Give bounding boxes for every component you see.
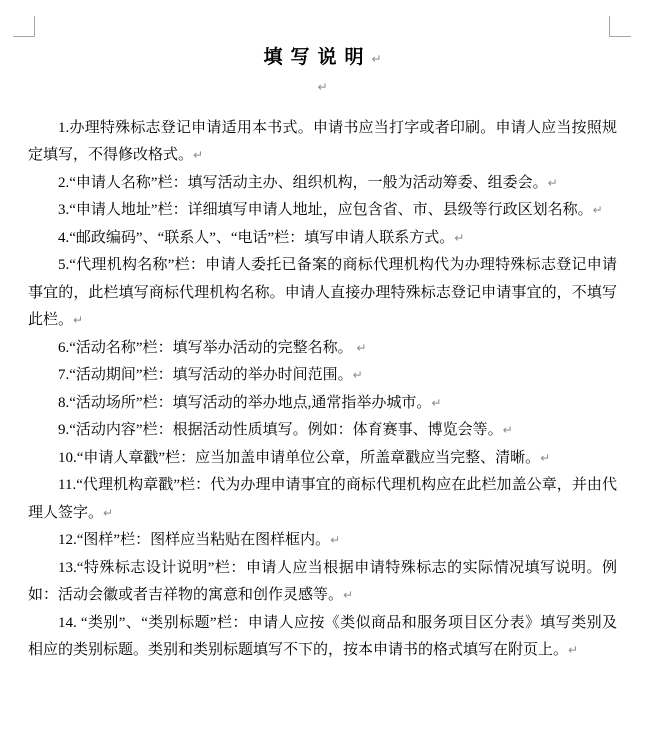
- paragraph-mark-icon: ↵: [431, 396, 441, 410]
- paragraph-list: 1.办理特殊标志登记申请适用本书式。申请书应当打字或者印刷。申请人应当按照规定填…: [28, 115, 617, 665]
- paragraph-text: 7.“活动期间”栏：填写活动的举办时间范围。: [58, 367, 353, 383]
- paragraph-mark-icon: ↵: [103, 506, 113, 520]
- paragraph: 4.“邮政编码”、“联系人”、“电话”栏：填写申请人联系方式。↵: [28, 225, 617, 253]
- paragraph-mark-icon: ↵: [540, 451, 550, 465]
- paragraph-text: 1.办理特殊标志登记申请适用本书式。申请书应当打字或者印刷。申请人应当按照规定填…: [28, 120, 617, 164]
- paragraph-mark-icon: ↵: [568, 643, 578, 657]
- paragraph-text: 14. “类别”、“类别标题”栏：申请人应按《类似商品和服务项目区分表》填写类别…: [28, 615, 617, 659]
- paragraph-mark-icon: ↵: [548, 176, 558, 190]
- paragraph-mark-icon: ↵: [330, 533, 340, 547]
- paragraph-mark-icon: ↵: [353, 368, 363, 382]
- paragraph-text: 8.“活动场所”栏：填写活动的举办地点,通常指举办城市。: [58, 395, 431, 411]
- paragraph-text: 9.“活动内容”栏：根据活动性质填写。例如：体育赛事、博览会等。: [58, 422, 503, 438]
- document-page: 填写说明↵ ↵ 1.办理特殊标志登记申请适用本书式。申请书应当打字或者印刷。申请…: [0, 0, 646, 753]
- paragraph: 13.“特殊标志设计说明”栏：申请人应当根据申请特殊标志的实际情况填写说明。例如…: [28, 555, 617, 610]
- empty-paragraph: ↵: [28, 73, 617, 101]
- paragraph: 8.“活动场所”栏：填写活动的举办地点,通常指举办城市。↵: [28, 390, 617, 418]
- paragraph: 14. “类别”、“类别标题”栏：申请人应按《类似商品和服务项目区分表》填写类别…: [28, 610, 617, 665]
- paragraph-mark-icon: ↵: [317, 80, 327, 94]
- paragraph-text: 5.“代理机构名称”栏：申请人委托已备案的商标代理机构代为办理特殊标志登记申请事…: [28, 257, 617, 328]
- paragraph-mark-icon: ↵: [503, 423, 513, 437]
- paragraph-mark-icon: ↵: [371, 52, 381, 66]
- paragraph-text: 2.“申请人名称”栏：填写活动主办、组织机构，一般为活动筹委、组委会。: [58, 175, 548, 191]
- paragraph-mark-icon: ↵: [454, 231, 464, 245]
- paragraph: 1.办理特殊标志登记申请适用本书式。申请书应当打字或者印刷。申请人应当按照规定填…: [28, 115, 617, 170]
- paragraph-text: 12.“图样”栏：图样应当粘贴在图样框内。: [58, 532, 330, 548]
- paragraph-mark-icon: ↵: [193, 148, 203, 162]
- paragraph-text: 4.“邮政编码”、“联系人”、“电话”栏：填写申请人联系方式。: [58, 230, 454, 246]
- paragraph-mark-icon: ↵: [356, 341, 366, 355]
- paragraph-text: 3.“申请人地址”栏：详细填写申请人地址，应包含省、市、县级等行政区划名称。: [58, 202, 593, 218]
- paragraph: 6.“活动名称”栏：填写举办活动的完整名称。 ↵: [28, 335, 617, 363]
- page-title: 填写说明: [263, 47, 371, 68]
- paragraph: 10.“申请人章戳”栏：应当加盖申请单位公章，所盖章戳应当完整、清晰。↵: [28, 445, 617, 473]
- crop-mark-top-left-icon: [13, 16, 35, 37]
- paragraph-mark-icon: ↵: [73, 313, 83, 327]
- paragraph: 2.“申请人名称”栏：填写活动主办、组织机构，一般为活动筹委、组委会。↵: [28, 170, 617, 198]
- paragraph: 7.“活动期间”栏：填写活动的举办时间范围。↵: [28, 362, 617, 390]
- paragraph: 9.“活动内容”栏：根据活动性质填写。例如：体育赛事、博览会等。↵: [28, 417, 617, 445]
- paragraph: 5.“代理机构名称”栏：申请人委托已备案的商标代理机构代为办理特殊标志登记申请事…: [28, 252, 617, 335]
- paragraph: 3.“申请人地址”栏：详细填写申请人地址，应包含省、市、县级等行政区划名称。↵: [28, 197, 617, 225]
- title-line: 填写说明↵: [28, 44, 617, 73]
- paragraph-text: 6.“活动名称”栏：填写举办活动的完整名称。: [58, 340, 356, 356]
- paragraph-text: 10.“申请人章戳”栏：应当加盖申请单位公章，所盖章戳应当完整、清晰。: [58, 450, 540, 466]
- crop-mark-top-right-icon: [609, 16, 631, 37]
- paragraph-mark-icon: ↵: [593, 203, 603, 217]
- paragraph: 11.“代理机构章戳”栏：代为办理申请事宜的商标代理机构应在此栏加盖公章，并由代…: [28, 472, 617, 527]
- document-content: 填写说明↵ ↵ 1.办理特殊标志登记申请适用本书式。申请书应当打字或者印刷。申请…: [28, 38, 617, 665]
- paragraph: 12.“图样”栏：图样应当粘贴在图样框内。↵: [28, 527, 617, 555]
- paragraph-text: 11.“代理机构章戳”栏：代为办理申请事宜的商标代理机构应在此栏加盖公章，并由代…: [28, 477, 617, 521]
- paragraph-text: 13.“特殊标志设计说明”栏：申请人应当根据申请特殊标志的实际情况填写说明。例如…: [28, 560, 617, 604]
- paragraph-mark-icon: ↵: [343, 588, 353, 602]
